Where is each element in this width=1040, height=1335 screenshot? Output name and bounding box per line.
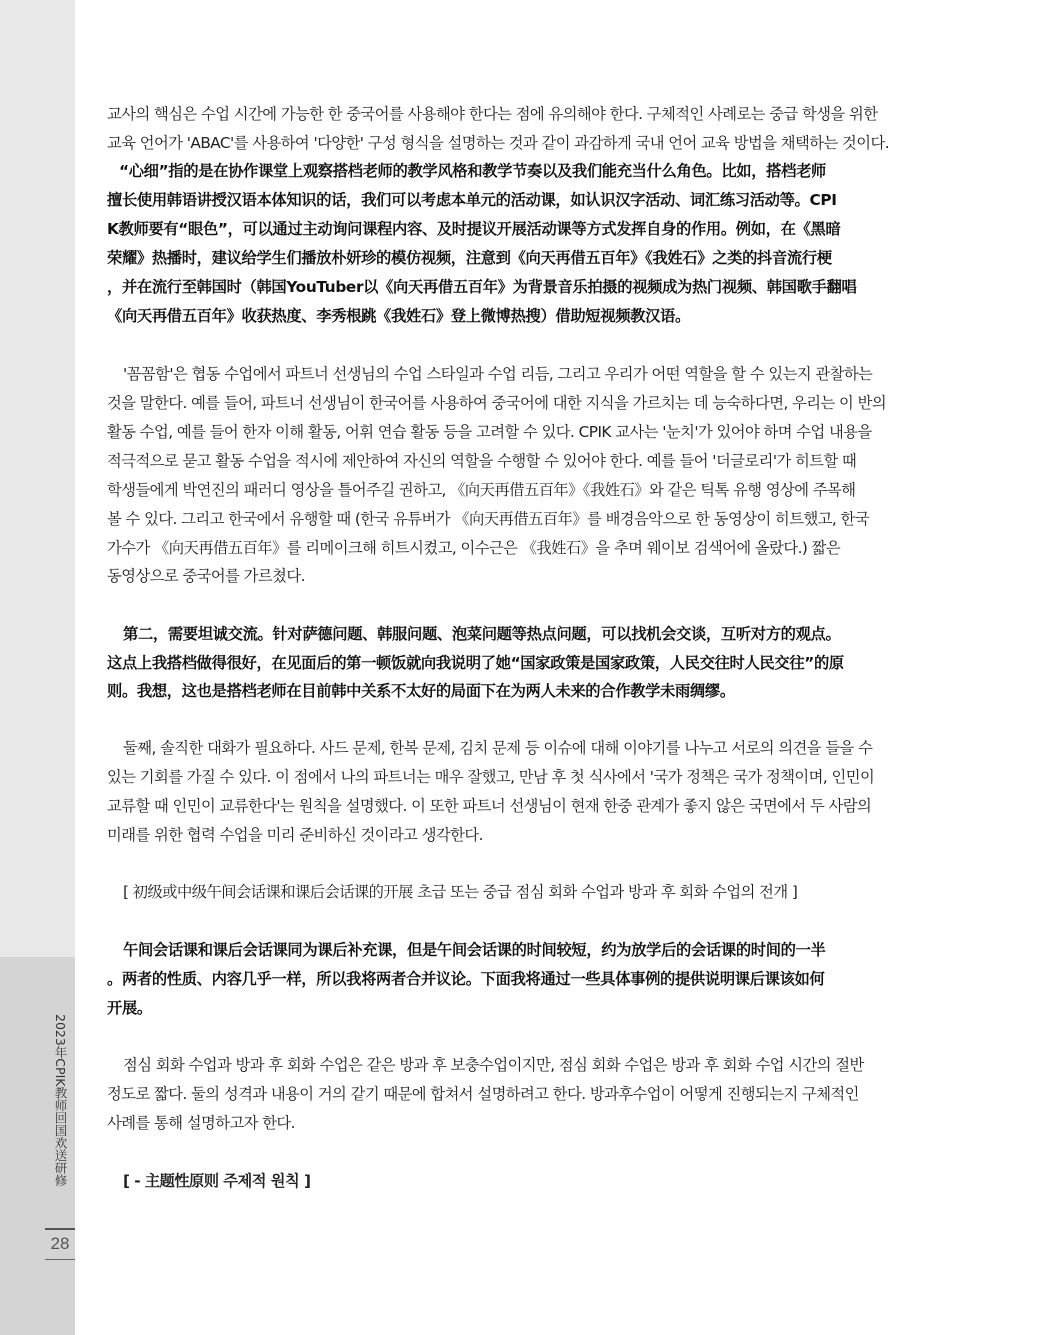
text-line: 활동 수업, 예를 들어 한자 이해 활동, 어휘 연습 활동 등을 고려할 수… <box>107 421 933 443</box>
text-line: 미래를 위한 협력 수업을 미리 준비하신 것이라고 생각한다. <box>107 824 933 846</box>
text-line: 점심 회화 수업과 방과 후 회화 수업은 같은 방과 후 보충수업이지만, 점… <box>107 1054 949 1076</box>
text-line: 학생들에게 박연진의 패러디 영상을 틀어주길 권하고, 《向天再借五百年》《我… <box>107 479 933 501</box>
section-heading-text: [ - 主题性原则 주제적 원칙 ] <box>107 1170 949 1192</box>
text-line: 。两者的性质、内容几乎一样，所以我将两者合并议论。下面我将通过一些具体事例的提供… <box>107 968 933 990</box>
text-line: 둘째, 솔직한 대화가 필요하다. 사드 문제, 한복 문제, 김치 문제 등 … <box>107 737 949 759</box>
text-line: 볼 수 있다. 그리고 한국에서 유행할 때 (한국 유튜버가 《向天再借五百年… <box>107 508 933 530</box>
text-line: 荣耀》热播时，建议给学生们播放朴妍珍的模仿视频，注意到《向天再借五百年》《我姓石… <box>107 247 933 269</box>
text-line: 擅长使用韩语讲授汉语本体知识的话，我们可以考虑本单元的活动课，如认识汉字活动、词… <box>107 189 933 211</box>
text-line: 정도로 짧다. 둘의 성격과 내용이 거의 같기 때문에 합쳐서 설명하려고 한… <box>107 1083 933 1105</box>
text-line: “心细”指的是在协作课堂上观察搭档老师的教学风格和教学节奏以及我们能充当什么角色… <box>107 160 945 182</box>
text-line: 교류할 때 인민이 교류한다'는 원칙을 설명했다. 이 또한 파트너 선생님이… <box>107 795 933 817</box>
text-line: 것을 말한다. 예를 들어, 파트너 선생님이 한국어를 사용하여 중국어에 대… <box>107 392 933 414</box>
section-heading-text: [ 初级或中级午间会话课和课后会话课的开展 초급 또는 중급 점심 회화 수업과… <box>107 881 949 903</box>
text-line: 第二，需要坦诚交流。针对萨德问题、韩服问题、泡菜问题等热点问题，可以找机会交谈，… <box>107 623 949 645</box>
text-line: K教师要有“眼色”，可以通过主动询问课程内容、及时提议开展活动课等方式发挥自身的… <box>107 218 933 240</box>
text-line: ，并在流行至韩国时（韩国YouTuber以《向天再借五百年》为背景音乐拍摄的视频… <box>107 276 933 298</box>
page-number-rule-bottom <box>45 1259 75 1260</box>
text-line: 교육 언어가 'ABAC'를 사용하여 '다양한' 구성 형식을 설명하는 것과… <box>107 132 933 154</box>
sidebar-upper-band <box>0 0 75 957</box>
text-line: 《向天再借五百年》收获热度、李秀根跳《我姓石》登上微博热搜）借助短视频教汉语。 <box>107 305 933 327</box>
page-number: 28 <box>45 1233 75 1255</box>
text-line: 있는 기회를 가질 수 있다. 이 점에서 나의 파트너는 매우 잘했고, 만남… <box>107 766 933 788</box>
text-line: 这点上我搭档做得很好，在见面后的第一顿饭就向我说明了她“国家政策是国家政策，人民… <box>107 652 933 674</box>
text-line: 사례를 통해 설명하고자 한다. <box>107 1112 933 1134</box>
running-title: 2023年CPIK教师回国欢送研修 <box>50 1014 70 1194</box>
text-line: '꼼꼼함'은 협동 수업에서 파트너 선생님의 수업 스타일과 수업 리듬, 그… <box>107 363 949 385</box>
text-line: 적극적으로 묻고 활동 수업을 적시에 제안하여 자신의 역할을 수행할 수 있… <box>107 450 933 472</box>
page-number-rule-top <box>45 1228 75 1230</box>
text-line: 동영상으로 중국어를 가르쳤다. <box>107 565 933 587</box>
text-line: 午间会话课和课后会话课同为课后补充课，但是午间会话课的时间较短，约为放学后的会话… <box>107 939 949 961</box>
text-line: 가수가 《向天再借五百年》를 리메이크해 히트시켰고, 이수근은 《我姓石》을 … <box>107 537 933 559</box>
text-line: 开展。 <box>107 997 933 1019</box>
text-line: 则。我想，这也是搭档老师在目前韩中关系不太好的局面下在为两人未来的合作教学未雨绸… <box>107 680 933 702</box>
text-line: 교사의 핵심은 수업 시간에 가능한 한 중국어를 사용해야 한다는 점에 유의… <box>107 103 933 125</box>
